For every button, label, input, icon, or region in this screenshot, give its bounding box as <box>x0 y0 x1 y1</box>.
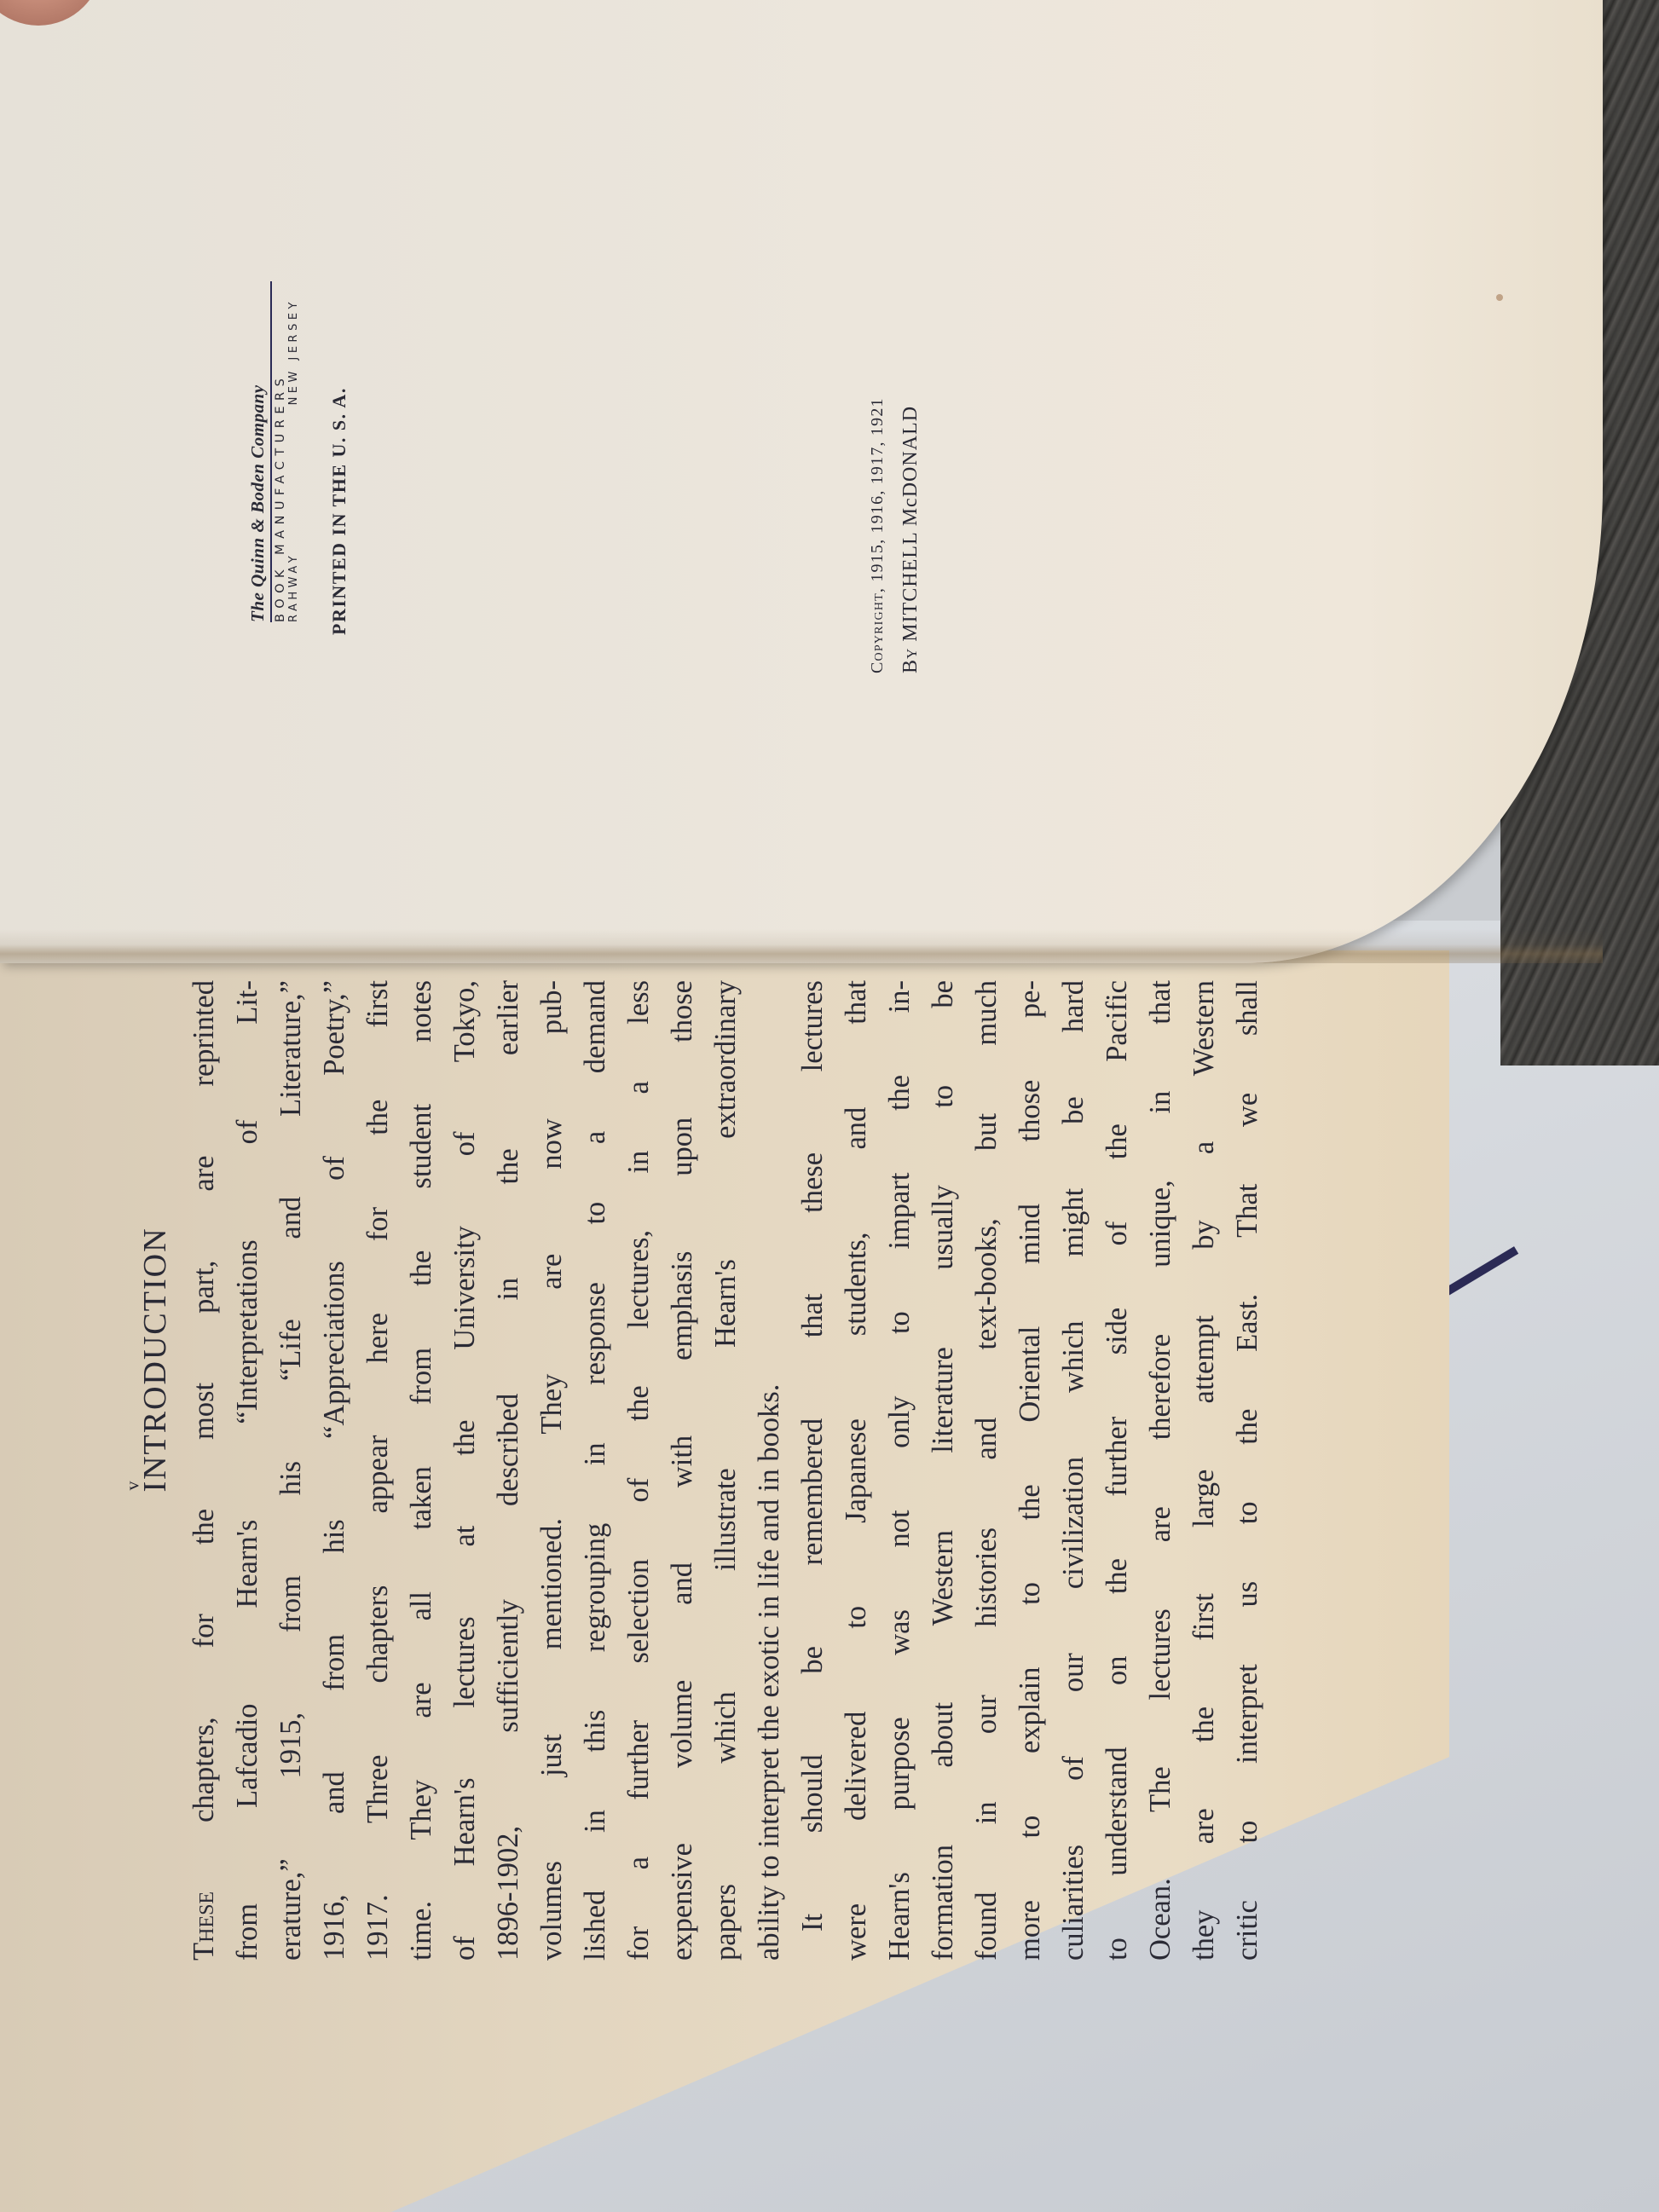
text-line: 1917. Three chapters appear here for the… <box>356 980 400 1961</box>
printer-location: RAHWAY NEW JERSEY <box>287 298 300 622</box>
author-name: MITCHELL McDONALD <box>899 406 922 642</box>
text-line: were delivered to Japanese students, and… <box>835 980 878 1961</box>
text-line: erature,” 1915, from his “Life and Liter… <box>269 980 313 1961</box>
text-line: critic to interpret us to the East. That… <box>1226 980 1269 1961</box>
text-line: 1916, and from his “Appreciations of Poe… <box>313 980 356 1961</box>
text-line: to understand on the further side of the… <box>1095 980 1139 1961</box>
text-line: found in our histories and text-books, b… <box>965 980 1009 1961</box>
text-line: they are the first large attempt by a We… <box>1182 980 1226 1961</box>
text-line: formation about Western literature usual… <box>922 980 965 1961</box>
text-line: lished in this regrouping in response to… <box>574 980 617 1961</box>
thumb <box>0 0 102 26</box>
printer-trade: BOOK MANUFACTURERS <box>274 281 287 622</box>
introduction-text: INTRODUCTION These chapters, for the mos… <box>136 980 1269 1961</box>
text-line: culiarities of our civilization which mi… <box>1052 980 1095 1961</box>
page-title: INTRODUCTION <box>136 980 174 1961</box>
page-number: v <box>122 1481 144 1491</box>
text-line: more to explain to the Oriental mind tho… <box>1009 980 1052 1961</box>
text-line: of Hearn's lectures at the University of… <box>443 980 487 1961</box>
introduction-body: These chapters, for the most part, are r… <box>182 980 1269 1961</box>
text-line: ability to interpret the exotic in life … <box>748 980 791 1961</box>
printer-imprint: The Quinn & Boden Company BOOK MANUFACTU… <box>247 281 300 622</box>
text-line: 1896-1902, sufficiently described in the… <box>487 980 530 1961</box>
text-line: for a further selection of the lectures,… <box>617 980 661 1961</box>
book-gutter <box>0 944 1603 963</box>
text-line: volumes just mentioned. They are now pub… <box>530 980 574 1961</box>
printed-in-usa: PRINTED IN THE U. S. A. <box>328 277 350 635</box>
author-line: By MITCHELL McDONALD <box>893 315 928 673</box>
author-prefix: By <box>899 648 922 673</box>
verso-page: Copyright, 1915, 1916, 1917, 1921 By MIT… <box>0 0 1603 963</box>
text-line: These chapters, for the most part, are r… <box>182 980 226 1961</box>
text-line: It should be remembered that these lectu… <box>791 980 835 1961</box>
printer-state: NEW JERSEY <box>287 298 300 405</box>
copyright-block: Copyright, 1915, 1916, 1917, 1921 By MIT… <box>861 315 928 673</box>
text-line: expensive volume and with emphasis upon … <box>661 980 704 1961</box>
printer-city: RAHWAY <box>287 552 300 622</box>
text-line: Ocean. The lectures are therefore unique… <box>1139 980 1182 1961</box>
text-line: from Lafcadio Hearn's “Interpretations o… <box>226 980 269 1961</box>
copyright-line: Copyright, 1915, 1916, 1917, 1921 <box>861 315 893 673</box>
text-line: time. They are all taken from the studen… <box>400 980 443 1961</box>
foxing-spot <box>1496 294 1503 301</box>
printer-name: The Quinn & Boden Company <box>247 281 272 622</box>
text-line: Hearn's purpose was not only to impart t… <box>878 980 922 1961</box>
text-line: papers which illustrate Hearn's extraord… <box>704 980 748 1961</box>
